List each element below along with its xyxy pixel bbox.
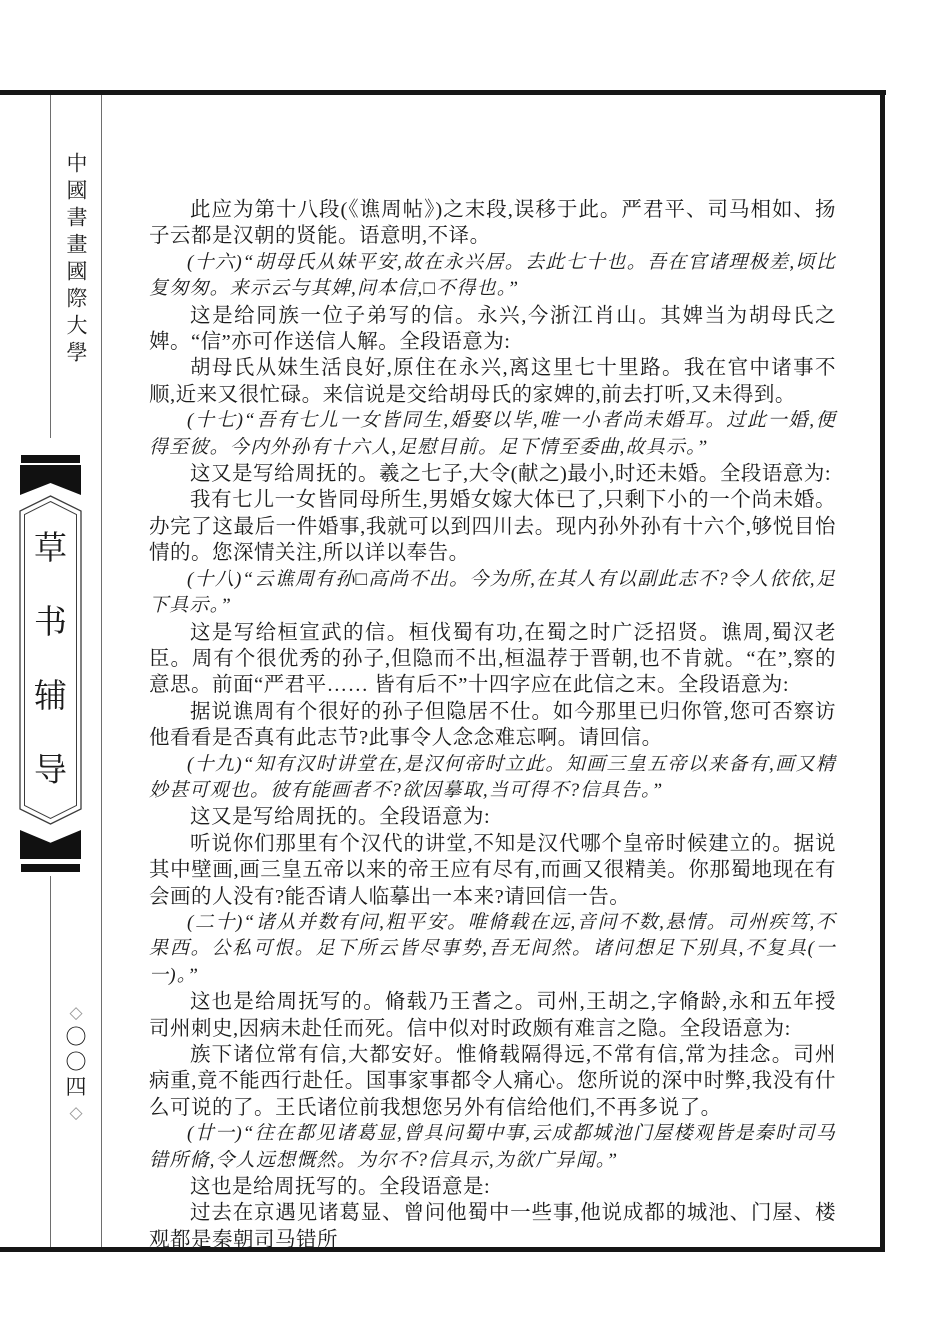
- paragraph: 听说你们那里有个汉代的讲堂,不知是汉代哪个皇帝时候建立的。据说其中壁画,画三皇五…: [149, 831, 836, 910]
- paragraph: (十七)“吾有七儿一女皆同生,婚娶以毕,唯一小者尚未婚耳。过此一婚,便得至彼。今…: [149, 408, 836, 461]
- paragraph: 这又是写给周抚的。全段语意为:: [149, 804, 836, 830]
- margin-line-outer: [101, 95, 102, 1247]
- paragraph: 据说谯周有个很好的孙子但隐居不仕。如今那里已归你管,您可否察访他看看是否真有此志…: [149, 699, 836, 752]
- margin-line-inner-upper: [50, 95, 51, 438]
- book-page: 中國書畫國際大學 草 书 辅 导 ◇ 〇 〇 四 ◇ 此应为第: [0, 0, 950, 1344]
- folio-number: ◇ 〇 〇 四 ◇: [59, 1000, 93, 1125]
- paragraph: 这是写给桓宣武的信。桓伐蜀有功,在蜀之时广泛招贤。谯周,蜀汉老臣。周有个很优秀的…: [149, 620, 836, 699]
- banner-bar-top: [21, 455, 80, 463]
- paragraph: (廿一)“往在都见诸葛显,曾具问蜀中事,云成都城池门屋楼观皆是秦时司马错所脩,令…: [149, 1121, 836, 1174]
- folio-digit: 〇: [66, 1050, 87, 1075]
- banner-ribbon-bottom: [20, 830, 81, 859]
- ornament-diamond-top: ◇: [69, 1000, 82, 1025]
- series-title-cartouche: 草 书 辅 导: [19, 495, 82, 825]
- university-name-vertical: 中國書畫國際大學: [63, 152, 89, 368]
- paragraph: 我有七儿一女皆同母所生,男婚女嫁大体已了,只剩下小的一个尚未婚。办完了这最后一件…: [149, 487, 836, 566]
- margin-line-inner-lower: [50, 876, 51, 1247]
- paragraph: 过去在京遇见诸葛显、曾问他蜀中一些事,他说成都的城池、门屋、楼观都是秦朝司马错所: [149, 1200, 836, 1253]
- paragraph: (十六)“胡母氏从妹平安,故在永兴居。去此七十也。吾在官诸理极差,顷比复匆匆。来…: [149, 250, 836, 303]
- series-title-char: 草: [34, 532, 67, 566]
- banner-bar-bottom: [21, 864, 80, 872]
- paragraph: (十八)“云谯周有孙□高尚不出。今为所,在其人有以副此志不?令人依依,足下具示。…: [149, 567, 836, 620]
- paragraph: 这也是给周抚写的。脩载乃王耆之。司州,王胡之,字脩龄,永和五年授司州刺史,因病未…: [149, 989, 836, 1042]
- folio-digit: 〇: [66, 1025, 87, 1050]
- text-block: 此应为第十八段(《谯周帖》)之末段,误移于此。严君平、司马相如、扬子云都是汉朝的…: [149, 197, 836, 1253]
- banner-ribbon-top: [20, 465, 81, 495]
- paragraph: 此应为第十八段(《谯周帖》)之末段,误移于此。严君平、司马相如、扬子云都是汉朝的…: [149, 197, 836, 250]
- ornament-diamond-bottom: ◇: [69, 1100, 82, 1125]
- series-title-char: 书: [34, 606, 67, 640]
- paragraph: (十九)“知有汉时讲堂在,是汉何帝时立此。知画三皇五帝以来备有,画又精妙甚可观也…: [149, 752, 836, 805]
- frame-right-rule: [880, 90, 885, 1252]
- series-title-char: 辅: [34, 680, 67, 714]
- paragraph: 胡母氏从妹生活良好,原住在永兴,离这里七十里路。我在官中诸事不顺,近来又很忙碌。…: [149, 355, 836, 408]
- frame-top-rule: [0, 90, 886, 95]
- paragraph: 这又是写给周抚的。羲之七子,大令(献之)最小,时还未婚。全段语意为:: [149, 461, 836, 487]
- paragraph: 这是给同族一位子弟写的信。永兴,今浙江肖山。其婢当为胡母氏之婢。“信”亦可作送信…: [149, 303, 836, 356]
- paragraph: 族下诸位常有信,大都安好。惟脩载隔得远,不常有信,常为挂念。司州病重,竟不能西行…: [149, 1042, 836, 1121]
- paragraph: 这也是给周抚写的。全段语意是:: [149, 1174, 836, 1200]
- folio-digit: 四: [66, 1075, 87, 1100]
- series-title-banner: 草 书 辅 导: [19, 455, 82, 872]
- paragraph: (二十)“诸从并数有问,粗平安。唯脩载在远,音问不数,悬情。司州疾笃,不果西。公…: [149, 910, 836, 989]
- series-title-char: 导: [34, 754, 67, 788]
